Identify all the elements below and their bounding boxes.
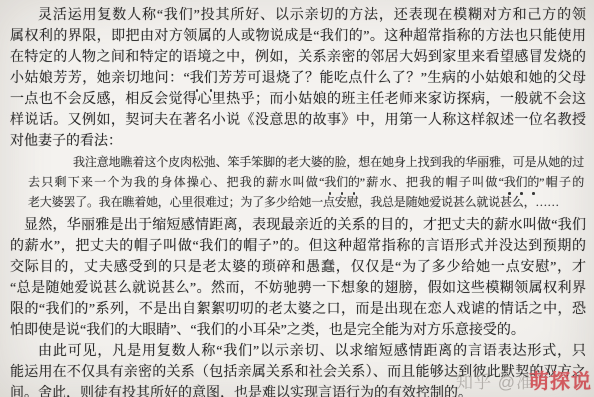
text-line: 限的“我们的”系列，不是出自絮絮叨叨的老太婆之口，而是出现在恋人戏谑的情话之中，… <box>10 299 586 320</box>
document-body: 灵活运用复数人称“我们”投其所好、以示亲切的方法，还表现在模糊对方和己方的领属权… <box>10 5 586 397</box>
text-line: 样说话。又例如，契诃夫在著名小说《没意思的故事》中，用第一人称这样叙述一位名教授 <box>10 110 586 131</box>
text-line: 我注意地瞧着这个皮肉松弛、笨手笨脚的老大婆的脸，想在她身上找到我的华丽雅，可是从… <box>28 152 584 172</box>
emphasized-character: 们 <box>516 172 528 192</box>
paragraph-1: 灵活运用复数人称“我们”投其所好、以示亲切的方法，还表现在模糊对方和己方的领属权… <box>10 5 586 152</box>
text-line: 去只剩下来一个为我的身体操心、把我的薪水叫做“我们的”薪水、把我的帽子叫做“我们… <box>28 172 584 192</box>
text-line: 由此可见，凡是用复数人称“我们”以示亲切、以求缩短感情距离的言语表达形式，只 <box>10 341 586 362</box>
emphasized-character: 们 <box>204 68 218 89</box>
text-line: 属权利的界限，即把由对方领属的人或物说成是“我们的”。这种超常指称的方法也只能使… <box>10 26 586 47</box>
text-line: 能运用在不仅具有亲密的关系（包括亲属关系和社会关系）、而且能够达到彼此默契的双方… <box>10 362 586 383</box>
text-line: 间。舍此，则徒有投其所好的意图，也是难以实现言语行为的有效控制的。 <box>10 383 586 397</box>
emphasized-character: 我 <box>190 68 204 89</box>
text-line: 怕即使是说“我们的大眼睛”、“我们的小耳朵”之类，也是完全能为对方乐意接受的。 <box>10 320 586 341</box>
text-line: 灵活运用复数人称“我们”投其所好、以示亲切的方法，还表现在模糊对方和己方的领 <box>10 5 586 26</box>
text-line: 对他妻子的看法： <box>10 131 586 152</box>
emphasized-character: 我 <box>324 172 336 192</box>
text-line: 在特定的人物之间和特定的语境之中，例如，关系亲密的邻居大妈到家里来看望感冒发烧的 <box>10 47 586 68</box>
text-line: 老大婆罢了。我在瞧着她，心里很难过；为了多少给她一点安慰，我总是随她爱说甚么就说… <box>28 192 584 212</box>
block-quote: 我注意地瞧着这个皮肉松弛、笨手笨脚的老大婆的脸，想在她身上找到我的华丽雅，可是从… <box>28 152 584 212</box>
paragraph-2: 显然，华丽雅是出于缩短感情距离，表现最亲近的关系的目的，才把丈夫的薪水叫做“我们… <box>10 215 586 341</box>
text-line: 的薪水”，把丈夫的帽子叫做“我们的帽子”的。但这种超常指称的言语形式并没达到预期… <box>10 236 586 257</box>
emphasized-character: 的 <box>527 172 539 192</box>
emphasized-character: 们 <box>336 172 348 192</box>
paragraph-3: 由此可见，凡是用复数人称“我们”以示亲切、以求缩短感情距离的言语表达形式，只能运… <box>10 341 586 397</box>
text-line: “总是随她爱说甚么就说甚么”。然而，不妨驰骋一下想象的翅膀，假如这些模糊领属权利… <box>10 278 586 299</box>
text-line: 显然，华丽雅是出于缩短感情距离，表现最亲近的关系的目的，才把丈夫的薪水叫做“我们 <box>10 215 586 236</box>
text-line: 交际目的，丈夫感受到的只是老太婆的琐碎和愚蠢，仅仅是“为了多少给她一点安慰”，才 <box>10 257 586 278</box>
emphasized-character: 我 <box>504 172 516 192</box>
scanned-book-page: 灵活运用复数人称“我们”投其所好、以示亲切的方法，还表现在模糊对方和己方的领属权… <box>0 0 594 397</box>
text-line: 小姑娘芳芳，她亲切地问：“我们芳芳可退烧了？能吃点什么了？”生病的小姑娘和她的父… <box>10 68 586 89</box>
text-line: 一点也不会反感，相反会觉得心里热乎；而小姑娘的班主任老师来家访探病，一般就不会这 <box>10 89 586 110</box>
emphasized-character: 的 <box>348 172 360 192</box>
